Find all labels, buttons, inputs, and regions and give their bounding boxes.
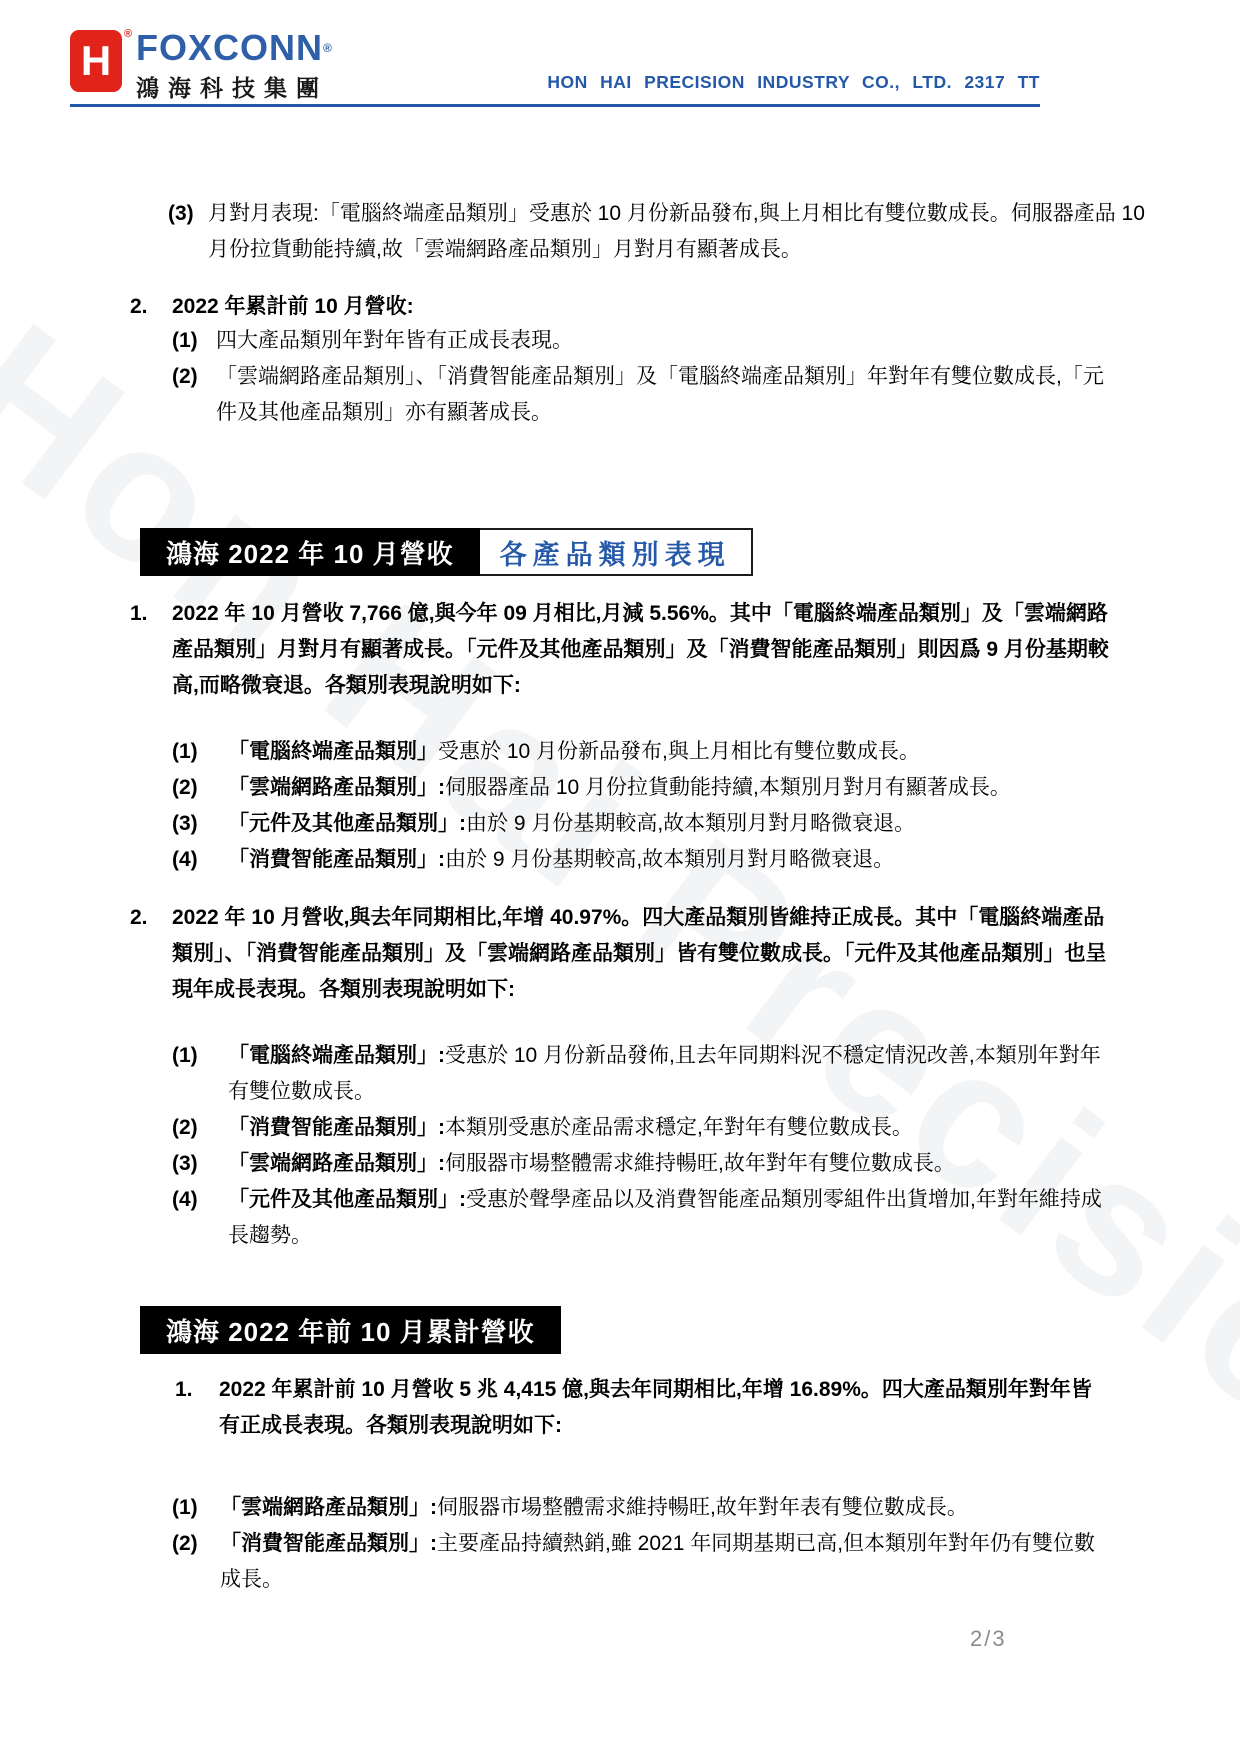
list-text: 「雲端網路產品類別」、「消費智能產品類別」及「電腦終端產品類別」年對年有雙位數成… [216, 365, 1104, 424]
block-items: (1)「雲端網路產品類別」:伺服器市場整體需求維持暢旺,故年對年表有雙位數成長。… [172, 1490, 1110, 1598]
item-text: 伺服器市場整體需求維持暢旺,故年對年有雙位數成長。 [445, 1152, 955, 1175]
list-number: (2) [172, 1110, 228, 1146]
section1-badge-blue: 各產品類別表現 [480, 528, 753, 576]
category-label: 「消費智能產品類別」: [228, 848, 445, 871]
list-number: (4) [172, 842, 228, 878]
list-number: 2. [130, 289, 172, 325]
section1-block-2: 2.2022 年 10 月營收,與去年同期相比,年增 40.97%。四大產品類別… [130, 900, 1110, 1254]
list-number: (2) [172, 770, 228, 806]
section2-badge-black: 鴻海 2022 年前 10 月累計營收 [140, 1306, 561, 1354]
category-label: 「雲端網路產品類別」: [228, 776, 445, 799]
item-text: 受惠於 10 月份新品發布,與上月相比有雙位數成長。 [438, 740, 920, 763]
list-number: (1) [172, 1038, 228, 1074]
intro-point-2-items: (1)四大產品類別年對年皆有正成長表現。 (2)「雲端網路產品類別」、「消費智能… [172, 323, 1110, 431]
foxconn-logo: H ® FOXCONN® 鴻海科技集團 [70, 30, 333, 103]
lead-text: 2022 年 10 月營收,與去年同期相比,年增 40.97%。四大產品類別皆維… [172, 906, 1107, 1001]
list-item: (1)「電腦終端產品類別」:受惠於 10 月份新品發佈,且去年同期料況不穩定情況… [172, 1038, 1110, 1110]
brand-block: FOXCONN® 鴻海科技集團 [136, 30, 333, 103]
list-item: (1)「雲端網路產品類別」:伺服器市場整體需求維持暢旺,故年對年表有雙位數成長。 [172, 1490, 1110, 1526]
list-number: (2) [172, 1526, 220, 1562]
intro-item-3: (3)月對月表現:「電腦終端產品類別」受惠於 10 月份新品發布,與上月相比有雙… [168, 196, 1150, 268]
category-label: 「電腦終端產品類別」: [228, 1044, 445, 1067]
brand-registered-mark: ® [323, 41, 333, 55]
list-number: (2) [172, 359, 216, 395]
list-item: (4)「消費智能產品類別」:由於 9 月份基期較高,故本類別月對月略微衰退。 [172, 842, 1110, 878]
list-number: (1) [172, 734, 228, 770]
category-label: 「雲端網路產品類別」: [228, 1152, 445, 1175]
item-text: 由於 9 月份基期較高,故本類別月對月略微衰退。 [445, 848, 894, 871]
block-lead: 1.2022 年累計前 10 月營收 5 兆 4,415 億,與去年同期相比,年… [175, 1372, 1110, 1444]
document-header: H ® FOXCONN® 鴻海科技集團 HON HAI PRECISION IN… [70, 28, 1040, 104]
block-items: (1)「電腦終端產品類別」受惠於 10 月份新品發布,與上月相比有雙位數成長。 … [172, 734, 1110, 878]
foxconn-h-logo-icon: H ® [70, 30, 122, 92]
list-item: (2)「雲端網路產品類別」:伺服器產品 10 月份拉貨動能持續,本類別月對月有顯… [172, 770, 1110, 806]
block-items: (1)「電腦終端產品類別」:受惠於 10 月份新品發佈,且去年同期料況不穩定情況… [172, 1038, 1110, 1254]
category-label: 「消費智能產品類別」: [220, 1532, 437, 1555]
item-text: 由於 9 月份基期較高,故本類別月對月略微衰退。 [466, 812, 915, 835]
brand-text: FOXCONN [136, 27, 323, 68]
list-number: (3) [172, 1146, 228, 1182]
category-label: 「元件及其他產品類別」: [228, 812, 466, 835]
category-label: 「電腦終端產品類別」 [228, 740, 438, 763]
list-number: (3) [168, 196, 208, 232]
document-page: Hon Hai Precision H ® FOXCONN® 鴻海科技集團 HO… [0, 0, 1240, 1755]
section2-header: 鴻海 2022 年前 10 月累計營收 [140, 1306, 561, 1354]
brand-name: FOXCONN® [136, 30, 333, 66]
category-label: 「消費智能產品類別」: [228, 1116, 445, 1139]
list-number: (3) [172, 806, 228, 842]
list-number: 2. [130, 900, 172, 936]
item-text: 本類別受惠於產品需求穩定,年對年有雙位數成長。 [445, 1116, 913, 1139]
section1-block-1: 1.2022 年 10 月營收 7,766 億,與今年 09 月相比,月減 5.… [130, 596, 1110, 878]
lead-text: 2022 年 10 月營收 7,766 億,與今年 09 月相比,月減 5.56… [172, 602, 1109, 697]
block-lead: 1.2022 年 10 月營收 7,766 億,與今年 09 月相比,月減 5.… [130, 596, 1110, 704]
list-number: 1. [175, 1372, 219, 1408]
list-item: (3)「雲端網路產品類別」:伺服器市場整體需求維持暢旺,故年對年有雙位數成長。 [172, 1146, 1110, 1182]
section1-header: 鴻海 2022 年 10 月營收 各產品類別表現 [140, 528, 753, 576]
list-item: (2)「消費智能產品類別」:本類別受惠於產品需求穩定,年對年有雙位數成長。 [172, 1110, 1110, 1146]
item-text: 伺服器市場整體需求維持暢旺,故年對年表有雙位數成長。 [437, 1496, 968, 1519]
list-item: (2)「消費智能產品類別」:主要產品持續熱銷,雖 2021 年同期基期已高,但本… [172, 1526, 1110, 1598]
lead-text: 2022 年累計前 10 月營收 5 兆 4,415 億,與去年同期相比,年增 … [219, 1378, 1092, 1437]
category-label: 「雲端網路產品類別」: [220, 1496, 437, 1519]
list-number: (1) [172, 323, 216, 359]
section1-badge-black: 鴻海 2022 年 10 月營收 [140, 528, 480, 576]
list-item: (1)四大產品類別年對年皆有正成長表現。 [172, 323, 1110, 359]
list-item: (3)「元件及其他產品類別」:由於 9 月份基期較高,故本類別月對月略微衰退。 [172, 806, 1110, 842]
list-item: (4)「元件及其他產品類別」:受惠於聲學產品以及消費智能產品類別零組件出貨增加,… [172, 1182, 1110, 1254]
list-text: 月對月表現:「電腦終端產品類別」受惠於 10 月份新品發布,與上月相比有雙位數成… [208, 202, 1145, 261]
list-text: 2022 年累計前 10 月營收: [172, 295, 414, 318]
list-item: (2)「雲端網路產品類別」、「消費智能產品類別」及「電腦終端產品類別」年對年有雙… [172, 359, 1110, 431]
list-number: (4) [172, 1182, 228, 1218]
list-number: 1. [130, 596, 172, 632]
page-number: 2/3 [970, 1626, 1007, 1652]
section2-block: 1.2022 年累計前 10 月營收 5 兆 4,415 億,與去年同期相比,年… [172, 1372, 1110, 1598]
registered-mark-icon: ® [124, 28, 132, 40]
list-text: 四大產品類別年對年皆有正成長表現。 [216, 329, 573, 352]
brand-name-chinese: 鴻海科技集團 [136, 70, 333, 103]
header-divider [70, 104, 1040, 107]
item-text: 伺服器產品 10 月份拉貨動能持續,本類別月對月有顯著成長。 [445, 776, 1011, 799]
block-lead: 2.2022 年 10 月營收,與去年同期相比,年增 40.97%。四大產品類別… [130, 900, 1110, 1008]
company-title: HON HAI PRECISION INDUSTRY CO., LTD. 231… [547, 72, 1040, 93]
list-item: (1)「電腦終端產品類別」受惠於 10 月份新品發布,與上月相比有雙位數成長。 [172, 734, 1110, 770]
logo-letter: H [81, 40, 111, 82]
list-number: (1) [172, 1490, 220, 1526]
category-label: 「元件及其他產品類別」: [228, 1188, 466, 1211]
intro-point-2-title: 2.2022 年累計前 10 月營收: [130, 289, 1152, 325]
